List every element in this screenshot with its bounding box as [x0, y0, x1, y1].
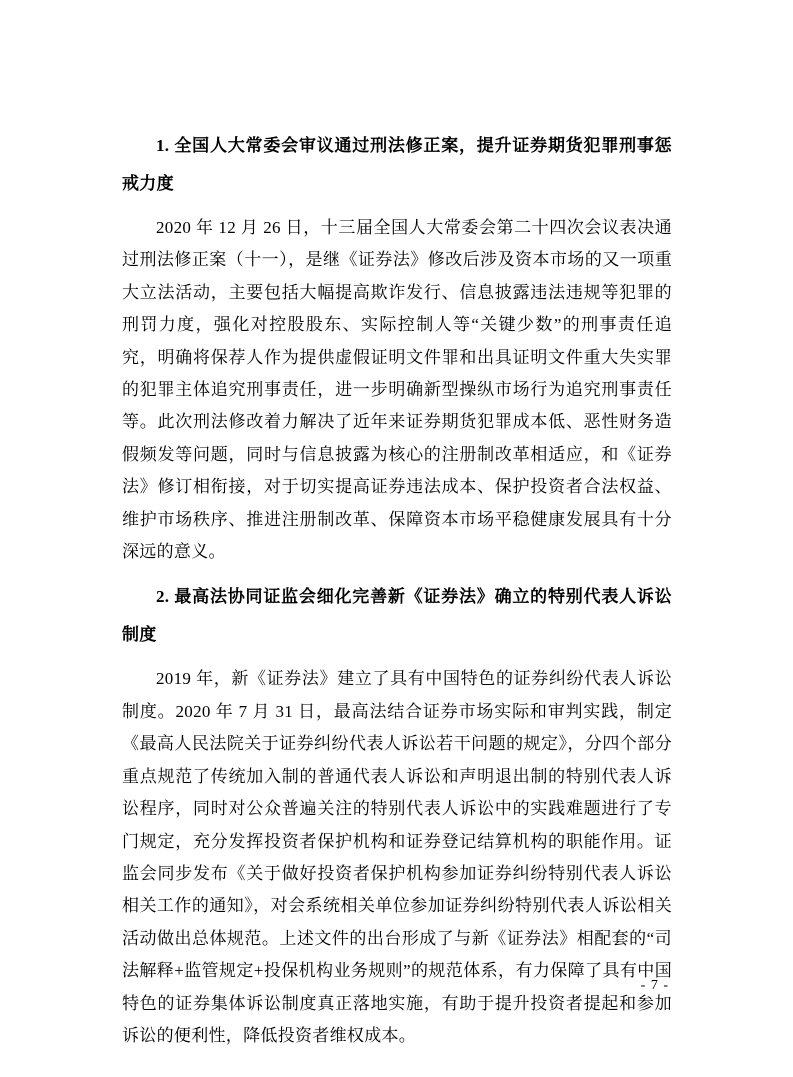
page-number: - 7 - — [641, 976, 669, 996]
section-1-heading: 1. 全国人大常委会审议通过刑法修正案，提升证券期货犯罪刑事惩戒力度 — [122, 127, 672, 203]
document-content: 1. 全国人大常委会审议通过刑法修正案，提升证券期货犯罪刑事惩戒力度 2020 … — [122, 127, 672, 1052]
section-2-paragraph: 2019 年，新《证券法》建立了具有中国特色的证券纠纷代表人诉讼制度。2020 … — [122, 663, 672, 1052]
document-page: 1. 全国人大常委会审议通过刑法修正案，提升证券期货犯罪刑事惩戒力度 2020 … — [0, 0, 793, 1077]
section-2-heading: 2. 最高法协同证监会细化完善新《证券法》确立的特别代表人诉讼制度 — [122, 578, 672, 654]
section-1-paragraph: 2020 年 12 月 26 日，十三届全国人大常委会第二十四次会议表决通过刑法… — [122, 212, 672, 568]
